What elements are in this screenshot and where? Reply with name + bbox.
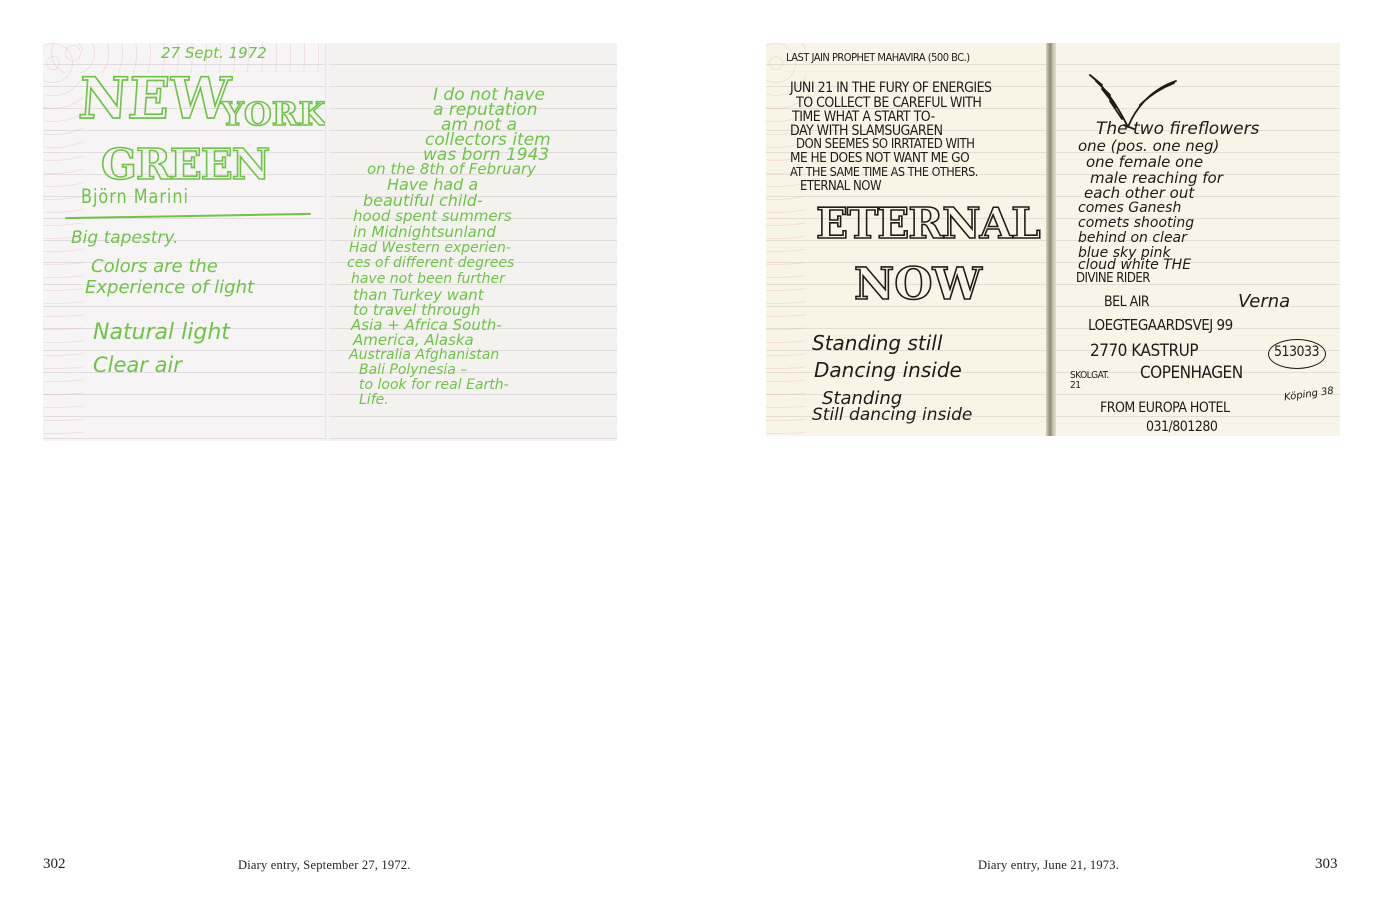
page-number-left: 302 bbox=[43, 856, 66, 873]
address-side-note: SKOLGAT. 21 bbox=[1070, 371, 1102, 391]
diary-line: comets shooting bbox=[1078, 216, 1194, 230]
caption-right: Diary entry, June 21, 1973. bbox=[978, 858, 1119, 873]
diary-left-leaf: 27 Sept. 1972 NEW YORK GREEN Björn Marin… bbox=[43, 43, 327, 441]
diary-line: Experience of light bbox=[85, 279, 254, 297]
diary-line: Australia Afghanistan bbox=[349, 348, 499, 362]
diary-line: ETERNAL NOW bbox=[800, 180, 881, 193]
title-green: GREEN bbox=[101, 144, 269, 186]
address-place: BEL AIR bbox=[1104, 295, 1149, 309]
diary-line: each other out bbox=[1084, 186, 1194, 201]
diary-line: Big tapestry. bbox=[71, 230, 179, 247]
diary-line: America, Alaska bbox=[353, 333, 474, 348]
address-name: Verna bbox=[1238, 293, 1290, 311]
hotel-line: FROM EUROPA HOTEL bbox=[1100, 401, 1229, 415]
diary-line: The two fireflowers bbox=[1096, 121, 1259, 138]
diary-line: hood spent summers bbox=[353, 209, 512, 224]
verse-line: Standing still bbox=[812, 333, 942, 353]
diary-line: comes Ganesh bbox=[1078, 201, 1181, 215]
verse-line: Still dancing inside bbox=[812, 407, 972, 424]
title-now: NOW bbox=[854, 263, 982, 307]
diary-line: Colors are the bbox=[91, 258, 218, 276]
address-corner-note: Köping 38 bbox=[1284, 387, 1335, 404]
title-new: NEW bbox=[77, 70, 232, 127]
diary-left-leaf: LAST JAIN PROPHET MAHAVIRA (500 BC.) JUN… bbox=[766, 43, 1048, 436]
diary-line: cloud white THE bbox=[1078, 258, 1191, 272]
diary-line: TIME WHAT A START TO- bbox=[792, 110, 935, 124]
diary-header: LAST JAIN PROPHET MAHAVIRA (500 BC.) bbox=[786, 52, 970, 63]
diary-line: one (pos. one neg) bbox=[1078, 139, 1219, 154]
diary-line: TO COLLECT BE CAREFUL WITH bbox=[796, 96, 981, 110]
diary-right-leaf: The two fireflowers one (pos. one neg) o… bbox=[1056, 43, 1340, 436]
diary-line: to look for real Earth- bbox=[359, 378, 509, 392]
address-phone: 513033 bbox=[1274, 345, 1319, 359]
signature-underline bbox=[65, 213, 311, 219]
diary-line: one female one bbox=[1086, 155, 1203, 170]
address-city2: COPENHAGEN bbox=[1140, 365, 1243, 382]
caption-left: Diary entry, September 27, 1972. bbox=[238, 858, 411, 873]
diary-line: in Midnightsunland bbox=[353, 225, 496, 240]
diary-image-1972: 27 Sept. 1972 NEW YORK GREEN Björn Marin… bbox=[43, 43, 617, 441]
diary-line: Had Western experien- bbox=[349, 241, 511, 255]
page-number-right: 303 bbox=[1315, 856, 1338, 873]
title-york: YORK bbox=[221, 98, 326, 130]
diary-line: Clear air bbox=[93, 355, 182, 376]
diary-line: Natural light bbox=[93, 322, 230, 344]
diary-image-1973: LAST JAIN PROPHET MAHAVIRA (500 BC.) JUN… bbox=[766, 43, 1340, 436]
title-eternal: ETERNAL bbox=[816, 203, 1040, 245]
diary-date: 27 Sept. 1972 bbox=[161, 46, 267, 61]
address-street: LOEGTEGAARDSVEJ 99 bbox=[1088, 318, 1233, 333]
address-city: 2770 KASTRUP bbox=[1090, 343, 1198, 360]
diary-line: DIVINE RIDER bbox=[1076, 272, 1150, 285]
signature: Björn Marini bbox=[81, 187, 189, 206]
diary-line: behind on clear bbox=[1078, 231, 1187, 245]
diary-line: Life. bbox=[359, 393, 389, 407]
diary-line: AT THE SAME TIME AS THE OTHERS. bbox=[790, 166, 978, 179]
diary-line: DAY WITH SLAMSUGAREN bbox=[790, 124, 943, 138]
diary-line: ces of different degrees bbox=[347, 256, 514, 270]
diary-right-leaf: I do not have a reputation am not a coll… bbox=[329, 43, 617, 441]
diary-line: Bali Polynesia – bbox=[359, 363, 467, 377]
hotel-phone: 031/801280 bbox=[1146, 420, 1217, 434]
diary-line: have not been further bbox=[351, 272, 505, 286]
verse-line: Dancing inside bbox=[814, 360, 962, 380]
diary-line: JUNI 21 IN THE FURY OF ENERGIES bbox=[790, 81, 992, 95]
